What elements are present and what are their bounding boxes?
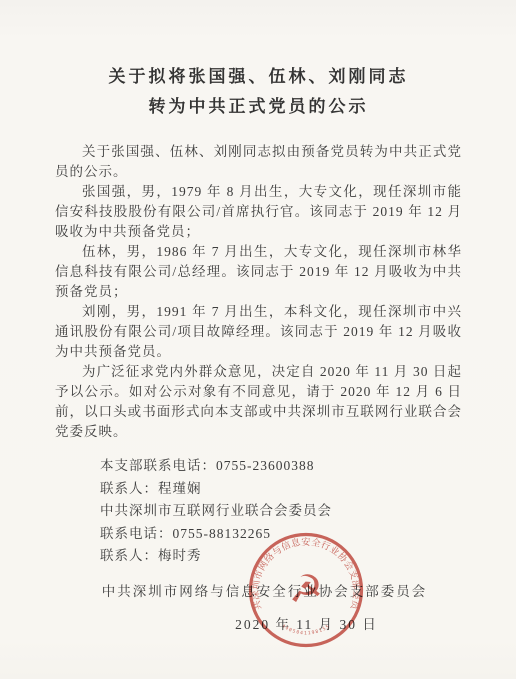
contact-person-2: 联系人：梅时秀 xyxy=(100,545,462,568)
paragraph-notice-period: 为广泛征求党内外群众意见，决定自 2020 年 11 月 30 日起予以公示。如… xyxy=(55,362,462,442)
signature-block: 中共深圳市网络与信息安全行业协会支部委员会 2020 年 11 月 30 日 xyxy=(55,582,462,634)
signature-date-row: 2020 年 11 月 30 日 xyxy=(55,613,462,634)
contact-org: 中共深圳市互联网行业联合会委员会 xyxy=(100,500,462,523)
document-body: 关于张国强、伍林、刘刚同志拟由预备党员转为中共正式党员的公示。 张国强，男，19… xyxy=(55,142,462,442)
paragraph-member-1: 张国强，男，1979 年 8 月出生，大专文化，现任深圳市能信安科技股股份有限公… xyxy=(55,182,462,242)
document-title: 关于拟将张国强、伍林、刘刚同志 转为中共正式党员的公示 xyxy=(55,62,462,122)
paragraph-member-2: 伍林，男，1986 年 7 月出生，大专文化，现任深圳市林华信息科技有限公司/总… xyxy=(55,242,462,302)
document-title-line-1: 关于拟将张国强、伍林、刘刚同志 xyxy=(55,62,462,92)
paragraph-intro: 关于张国强、伍林、刘刚同志拟由预备党员转为中共正式党员的公示。 xyxy=(55,142,462,182)
signature-org: 中共深圳市网络与信息安全行业协会支部委员会 xyxy=(102,582,428,602)
contact-branch-phone: 本支部联系电话：0755-23600388 xyxy=(100,455,462,478)
contact-phone-2: 联系电话：0755-88132265 xyxy=(100,523,462,546)
document-title-line-2: 转为中共正式党员的公示 xyxy=(55,92,462,122)
scanned-notice-page: 关于拟将张国强、伍林、刘刚同志 转为中共正式党员的公示 关于张国强、伍林、刘刚同… xyxy=(0,0,516,679)
signature-date: 2020 年 11 月 30 日 xyxy=(235,613,378,633)
contact-block: 本支部联系电话：0755-23600388 联系人：程瑾娴 中共深圳市互联网行业… xyxy=(100,455,462,568)
contact-person-1: 联系人：程瑾娴 xyxy=(100,478,462,501)
paragraph-member-3: 刘刚，男，1991 年 7 月出生，本科文化，现任深圳市中兴通讯股份有限公司/项… xyxy=(55,302,462,362)
